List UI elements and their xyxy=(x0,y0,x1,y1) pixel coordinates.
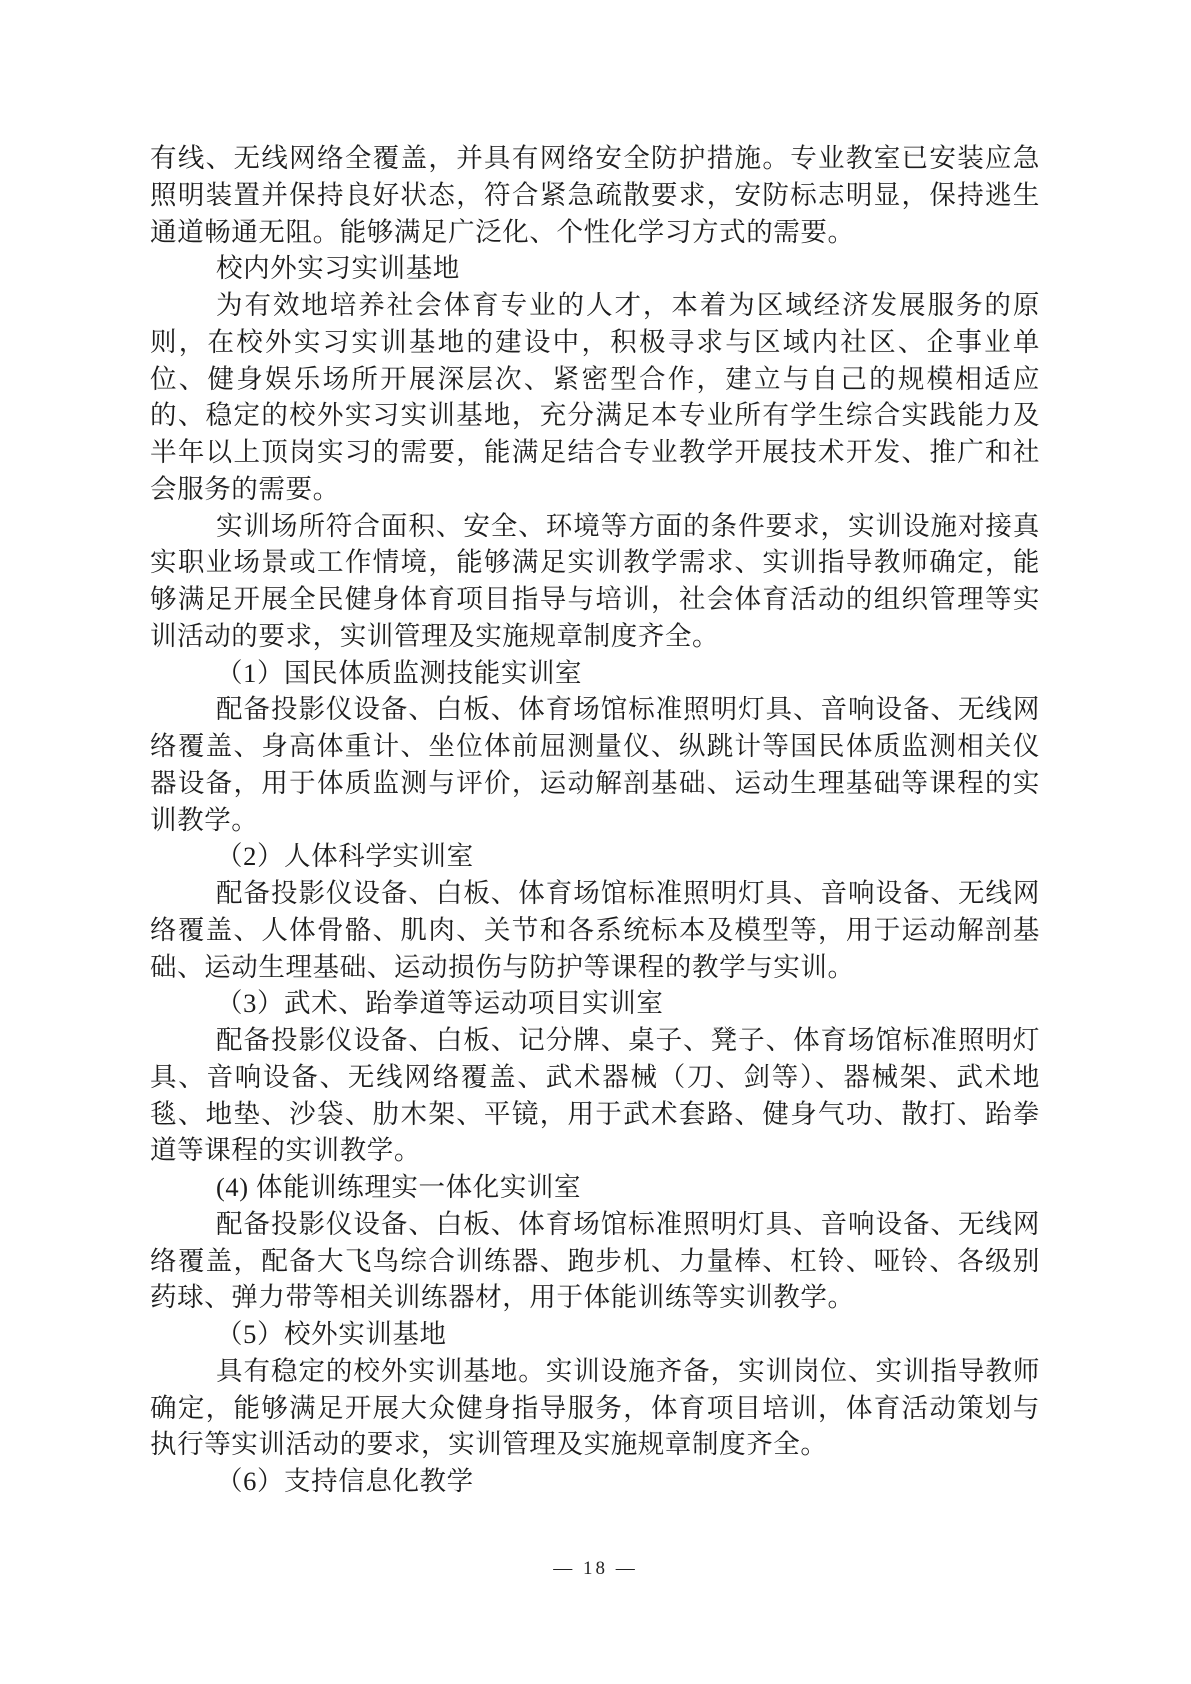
paragraph: 配备投影仪设备、白板、体育场馆标准照明灯具、音响设备、无线网络覆盖、身高体重计、… xyxy=(150,691,1040,838)
paragraph: 有线、无线网络全覆盖，并具有网络安全防护措施。专业教室已安装应急照明装置并保持良… xyxy=(150,140,1040,250)
page-number: — 18 — xyxy=(0,1558,1191,1580)
paragraph: 配备投影仪设备、白板、体育场馆标准照明灯具、音响设备、无线网络覆盖、人体骨骼、肌… xyxy=(150,875,1040,985)
paragraph: 配备投影仪设备、白板、体育场馆标准照明灯具、音响设备、无线网络覆盖，配备大飞鸟综… xyxy=(150,1206,1040,1316)
paragraph: 校内外实习实训基地 xyxy=(150,250,1040,287)
paragraph: （5）校外实训基地 xyxy=(150,1316,1040,1353)
paragraph: 为有效地培养社会体育专业的人才，本着为区域经济发展服务的原则，在校外实习实训基地… xyxy=(150,287,1040,508)
paragraph: 配备投影仪设备、白板、记分牌、桌子、凳子、体育场馆标准照明灯具、音响设备、无线网… xyxy=(150,1022,1040,1169)
paragraph: （3）武术、跆拳道等运动项目实训室 xyxy=(150,985,1040,1022)
paragraph: 实训场所符合面积、安全、环境等方面的条件要求，实训设施对接真实职业场景或工作情境… xyxy=(150,508,1040,655)
paragraph: （6）支持信息化教学 xyxy=(150,1463,1040,1500)
paragraph: （1）国民体质监测技能实训室 xyxy=(150,655,1040,692)
paragraph: 具有稳定的校外实训基地。实训设施齐备，实训岗位、实训指导教师确定，能够满足开展大… xyxy=(150,1353,1040,1463)
document-body: 有线、无线网络全覆盖，并具有网络安全防护措施。专业教室已安装应急照明装置并保持良… xyxy=(150,140,1040,1500)
document-page: 有线、无线网络全覆盖，并具有网络安全防护措施。专业教室已安装应急照明装置并保持良… xyxy=(0,0,1191,1684)
paragraph: （2）人体科学实训室 xyxy=(150,838,1040,875)
paragraph: (4) 体能训练理实一体化实训室 xyxy=(150,1169,1040,1206)
